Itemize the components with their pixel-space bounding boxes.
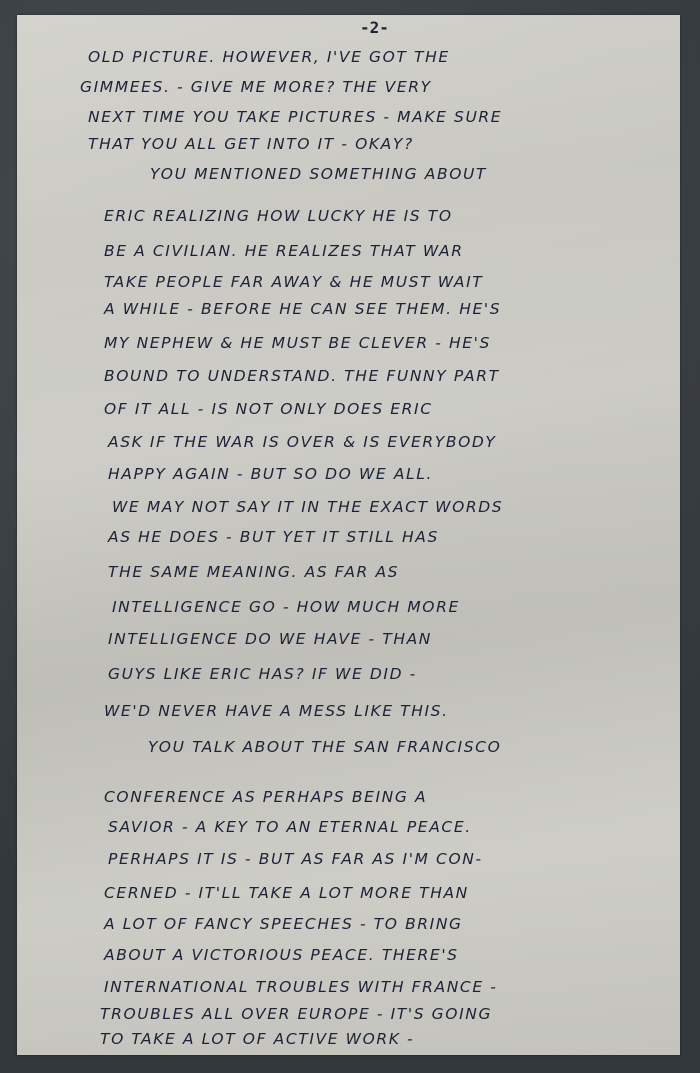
letter-line: intelligence go - how much more [112,598,460,616]
letter-line: Eric realizing how lucky he is to [104,207,453,225]
letter-line: bound to understand. The funny part [104,367,500,385]
page-number: -2- [360,18,389,37]
letter-line: Old picture. However, I've got the [88,48,450,66]
letter-line: ask if the war is over & is everybody [108,433,497,451]
letter-line: a lot of fancy speeches - to bring [104,915,463,933]
letter-line: cerned - it'll take a lot more than [104,884,469,902]
letter-line: guys like Eric has? If we did - [108,665,417,683]
letter-line: You talk about the San Francisco [148,738,501,756]
letter-line: take people far away & he must wait [104,273,483,291]
letter-line: international troubles with France - [104,978,497,996]
letter-line: troubles all over Europe - It's going [100,1005,492,1023]
letter-line: happy again - but so do we all. [108,465,433,483]
letter-line: about a victorious peace. There's [104,946,459,964]
letter-line: be a civilian. He realizes that war [104,242,464,260]
letter-line: we'd never have a mess like this. [104,702,449,720]
letter-line: next time you take pictures - make sure [88,108,502,126]
letter-line: my nephew & he must be clever - he's [104,334,491,352]
letter-line: to take a lot of active work - [100,1030,414,1048]
letter-line: of it all - is not only does Eric [104,400,433,418]
letter-line: that you all get into it - Okay? [88,135,414,153]
letter-line: intelligence do we have - than [108,630,432,648]
letter-line: You mentioned something about [150,165,487,183]
letter-line: Perhaps it is - But as far as I'm con- [108,850,483,868]
letter-line: We may not say it in the exact words [112,498,503,516]
letter-line: gimmees. - Give me more? The very [80,78,432,96]
letter-line: conference as perhaps being a [104,788,427,806]
letter-line: as he does - but yet it still has [108,528,439,546]
letter-line: a while - before he can see them. He's [104,300,501,318]
letter-line: the same meaning. As far as [108,563,399,581]
letter-line: savior - a key to an eternal peace. [108,818,472,836]
